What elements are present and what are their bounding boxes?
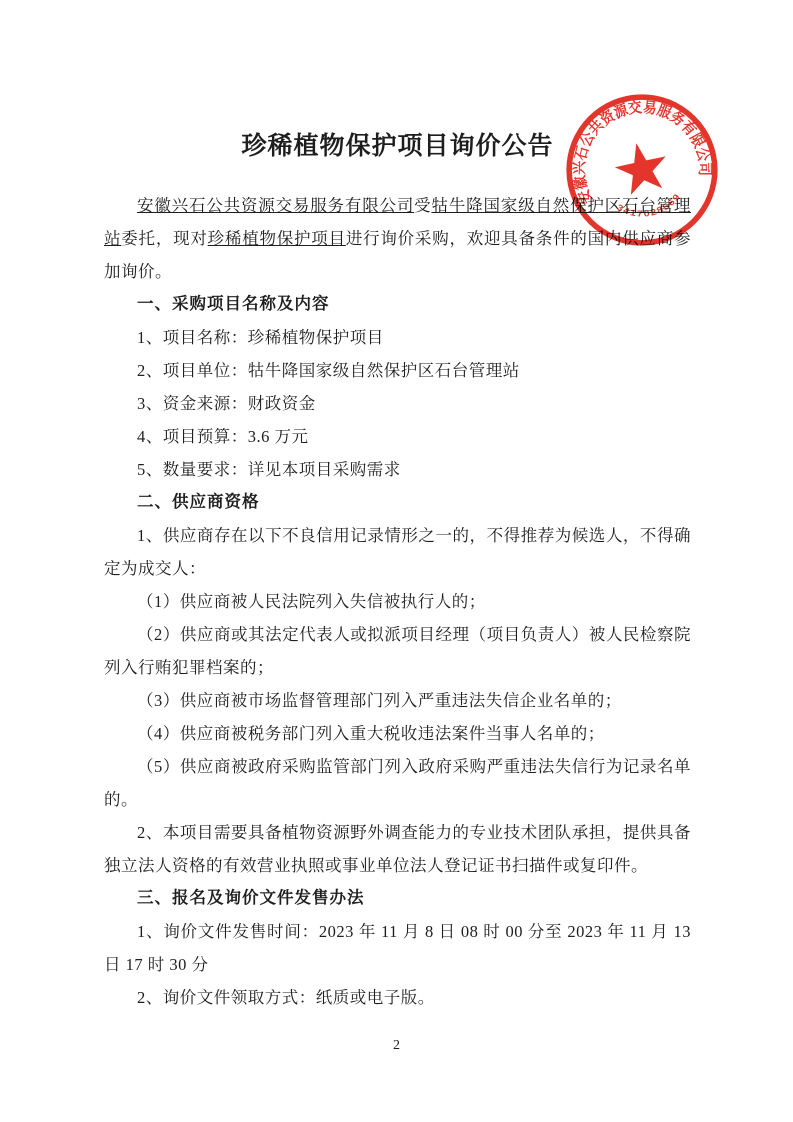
page-title: 珍稀植物保护项目询价公告 xyxy=(104,126,691,166)
list-item: （2）供应商或其法定代表人或拟派项目经理（项目负责人）被人民检察院列入行贿犯罪档… xyxy=(104,618,691,684)
list-item: 1、项目名称：珍稀植物保护项目 xyxy=(104,321,691,354)
intro-project-name: 珍稀植物保护项目 xyxy=(208,229,346,248)
list-item: 2、项目单位：牯牛降国家级自然保护区石台管理站 xyxy=(104,354,691,387)
list-item: （5）供应商被政府采购监管部门列入政府采购严重违法失信行为记录名单的。 xyxy=(104,750,691,816)
list-item: 1、供应商存在以下不良信用记录情形之一的，不得推荐为候选人，不得确定为成交人： xyxy=(104,519,691,585)
list-item: 1、询价文件发售时间：2023 年 11 月 8 日 08 时 00 分至 20… xyxy=(104,915,691,981)
intro-text: 受 xyxy=(414,196,431,215)
list-item: （3）供应商被市场监督管理部门列入严重违法失信企业名单的； xyxy=(104,684,691,717)
list-item: 2、询价文件领取方式：纸质或电子版。 xyxy=(104,981,691,1014)
section-heading-3: 三、报名及询价文件发售办法 xyxy=(104,882,691,915)
list-item: 4、项目预算：3.6 万元 xyxy=(104,420,691,453)
intro-agency-name: 安徽兴石公共资源交易服务有限公司 xyxy=(137,196,414,215)
section-heading-2: 二、供应商资格 xyxy=(104,486,691,519)
list-item: 3、资金来源：财政资金 xyxy=(104,387,691,420)
section-heading-1: 一、采购项目名称及内容 xyxy=(104,288,691,321)
document-body: 珍稀植物保护项目询价公告 安徽兴石公共资源交易服务有限公司受牯牛降国家级自然保护… xyxy=(104,126,691,1014)
page-number: 2 xyxy=(0,1036,793,1056)
list-item: 2、本项目需要具备植物资源野外调查能力的专业技术团队承担，提供具备独立法人资格的… xyxy=(104,816,691,882)
document-page: 珍稀植物保护项目询价公告 安徽兴石公共资源交易服务有限公司受牯牛降国家级自然保护… xyxy=(0,0,793,1122)
list-item: （1）供应商被人民法院列入失信被执行人的； xyxy=(104,585,691,618)
list-item: 5、数量要求：详见本项目采购需求 xyxy=(104,453,691,486)
intro-text: 委托，现对 xyxy=(121,229,207,248)
intro-paragraph: 安徽兴石公共资源交易服务有限公司受牯牛降国家级自然保护区石台管理站委托，现对珍稀… xyxy=(104,189,691,288)
list-item: （4）供应商被税务部门列入重大税收违法案件当事人名单的； xyxy=(104,717,691,750)
